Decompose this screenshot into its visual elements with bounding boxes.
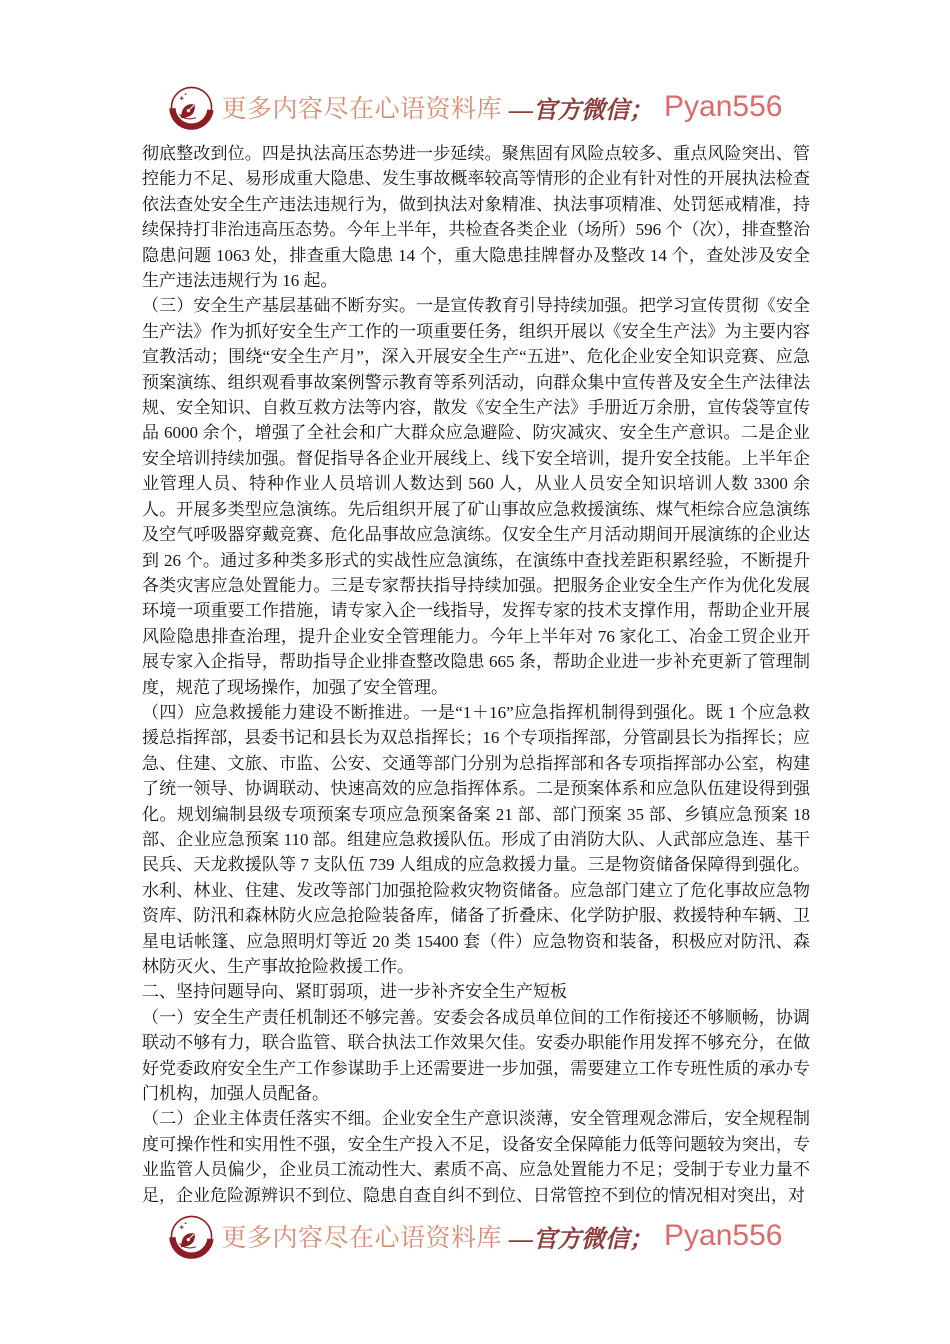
banner-wechat-label: —官方微信； bbox=[509, 90, 653, 125]
banner-wechat-id: Pyan556 bbox=[664, 90, 782, 124]
paragraph-enterprise-responsibility: （二）企业主体责任落实不细。企业安全生产意识淡薄，安全管理观念滞后，安全规程制度… bbox=[142, 1106, 810, 1208]
document-body: 彻底整改到位。四是执法高压态势进一步延续。聚焦固有风险点较多、重点风险突出、管控… bbox=[142, 141, 810, 1208]
paragraph-responsibility-mechanism: （一）安全生产责任机制还不够完善。安委会各成员单位间的工作衔接还不够顺畅，协调联… bbox=[142, 1005, 810, 1107]
banner-brand-text: 更多内容尽在心语资料库 bbox=[222, 89, 503, 125]
paragraph-law-enforcement: 彻底整改到位。四是执法高压态势进一步延续。聚焦固有风险点较多、重点风险突出、管控… bbox=[142, 141, 810, 293]
pen-logo-icon bbox=[168, 1213, 215, 1260]
header-banner: 更多内容尽在心语资料库—官方微信；Pyan556 bbox=[0, 80, 950, 134]
banner-wechat-id: Pyan556 bbox=[664, 1219, 782, 1253]
paragraph-emergency-rescue: （四）应急救援能力建设不断推进。一是“1＋16”应急指挥机制得到强化。既 1 个… bbox=[142, 700, 810, 979]
pen-logo-icon bbox=[168, 84, 215, 131]
document-page: 更多内容尽在心语资料库—官方微信；Pyan556 彻底整改到位。四是执法高压态势… bbox=[0, 0, 950, 1344]
footer-banner: 更多内容尽在心语资料库—官方微信；Pyan556 bbox=[0, 1209, 950, 1263]
paragraph-grassroots-foundation: （三）安全生产基层基础不断夯实。一是宣传教育引导持续加强。把学习宣传贯彻《安全生… bbox=[142, 293, 810, 700]
banner-brand-text: 更多内容尽在心语资料库 bbox=[222, 1218, 503, 1254]
section-heading-shortcomings: 二、坚持问题导向、紧盯弱项，进一步补齐安全生产短板 bbox=[142, 979, 810, 1004]
banner-wechat-label: —官方微信； bbox=[509, 1219, 653, 1254]
